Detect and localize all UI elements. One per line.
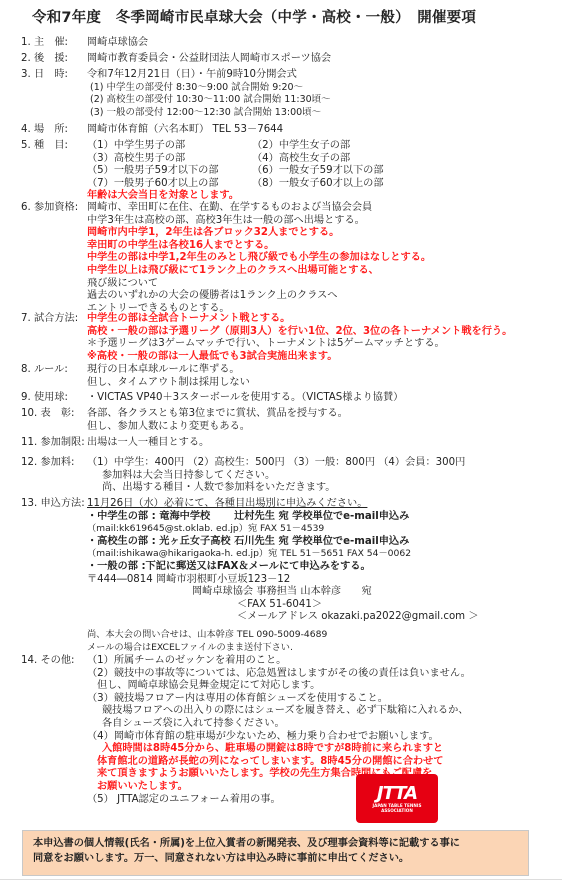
privacy-notice-line: 同意をお願いします。万一、同意されない方は申込み時に事前に申出てください。 bbox=[33, 851, 528, 866]
section-label: 2. 後 援: bbox=[21, 53, 87, 66]
section-label: 6. 参加資格: bbox=[21, 202, 87, 215]
eligibility-line: 中学生の部は中学1,2年生のみとし飛び級でも小学生の参加はなしとする。 bbox=[87, 252, 557, 265]
schedule-hs: (2) 高校生の部受付 10:30～11:00 試合開始 11:30頃～ bbox=[87, 94, 557, 107]
fees-line: 参加料は大会当日持参してください。 bbox=[87, 470, 557, 483]
other-line: 競技場フロアへの出入りの際にはシューズを履き替え、必ず下駄箱に入れるか、 bbox=[87, 705, 557, 718]
application-hs: ・高校生の部 : 光ヶ丘女子高校 石川先生 宛 学校単位でe-mail申込み bbox=[87, 536, 557, 549]
eligibility-line: 過去のいずれかの大会の優勝者は1ランク上のクラスへ bbox=[87, 290, 557, 303]
event-row: （5）一般男子59才以下の部（6）一般女子59才以下の部 bbox=[87, 165, 557, 178]
other-line: （4）岡崎市体育館の駐車場が少ないため、極力乗り合わせでお願いします。 bbox=[87, 731, 557, 744]
section-label: 3. 日 時: bbox=[21, 69, 87, 82]
jtta-logo-text: JTTA bbox=[377, 785, 417, 803]
application-recipient: 岡崎卓球協会 事務担当 山本幹彦 宛 bbox=[87, 586, 557, 599]
eligibility-line: 中学生以上は飛び級にて1ランク上のクラスへ出場可能とする、 bbox=[87, 265, 557, 278]
application-deadline: 11月26日（水）必着にて、各種目出場別に申込みください。 bbox=[87, 498, 557, 511]
section-label: 12. 参加料: bbox=[21, 457, 87, 470]
eligibility-line: 岡崎市、幸田町に在住、在勤、在学するものおよび当協会会員 bbox=[87, 202, 557, 215]
section-label: 4. 場 所: bbox=[21, 124, 87, 137]
document-title: 令和7年度 冬季岡崎市民卓球大会（中学・高校・一般） 開催要項 bbox=[0, 6, 562, 27]
event-date: 令和7年12月21日（日）・午前9時10分開会式 bbox=[87, 69, 557, 82]
fees-line: 尚、出場する種目・人数で参加料をいただきます。 bbox=[87, 482, 557, 495]
awards-line: 但し、参加人数により変更もある。 bbox=[87, 421, 557, 434]
other-line: 各自シューズ袋に入れて持参ください。 bbox=[87, 718, 557, 731]
organizer-value: 岡崎卓球協会 bbox=[87, 37, 557, 50]
sponsor-value: 岡崎市教育委員会・公益財団法人岡崎市スポーツ協会 bbox=[87, 53, 557, 66]
section-label: 10. 表 彰: bbox=[21, 408, 87, 421]
application-jhs: ・中学生の部 : 竜海中学校 辻村先生 宛 学校単位でe-mail申込み bbox=[87, 511, 557, 524]
rules-line: 但し、タイムアウト制は採用しない bbox=[87, 377, 557, 390]
restriction-value: 出場は一人一種目とする。 bbox=[87, 437, 557, 450]
application-general: ・一般の部 :下記に郵送又はFAX＆メールにて申込みをする。 bbox=[87, 561, 557, 574]
section-label: 9. 使用球: bbox=[21, 392, 87, 405]
other-line: 但し、岡崎卓球協会見舞金規定にて対応します。 bbox=[87, 680, 557, 693]
section-label: 1. 主 催: bbox=[21, 37, 87, 50]
parking-note: 来て頂きますようお願いいたします。学校の先生方集合時間にもご配慮を bbox=[87, 768, 557, 781]
awards-line: 各部、各クラスとも第3位までに賞状、賞品を授与する。 bbox=[87, 408, 557, 421]
schedule-jhs: (1) 中学生の部受付 8:30～9:00 試合開始 9:20～ bbox=[87, 82, 557, 95]
section-label: 5. 種 目: bbox=[21, 140, 87, 153]
eligibility-line: 飛び級について bbox=[87, 278, 557, 291]
parking-note: 体育館北の道路が長蛇の列になってしまいます。8時45分の開館に合わせて bbox=[87, 756, 557, 769]
application-address: 〒444―0814 岡崎市羽根町小豆坂123－12 bbox=[87, 574, 557, 587]
application-email: ＜メールアドレス okazaki.pa2022@gmail.com ＞ bbox=[87, 611, 557, 624]
other-line: （2）競技中の事故等については、応急処置はしますがその後の責任は負いません。 bbox=[87, 668, 557, 681]
event-row: （7）一般男子60才以上の部（8）一般女子60才以上の部 bbox=[87, 178, 557, 191]
eligibility-line: 中学3年生は高校の部、高校3年生は一般の部へ出場とする。 bbox=[87, 215, 557, 228]
privacy-notice: 本申込書の個人情報(氏名・所属)を上位入賞者の新聞発表、及び理事会資料等に記載す… bbox=[22, 830, 529, 876]
bottom-divider bbox=[0, 879, 562, 880]
parking-note: 入館時間は8時45分から、駐車場の開錠は8時ですが8時前に来られますと bbox=[87, 743, 557, 756]
fees-line: （1）中学生：400円 （2）高校生：500円 （3）一般：800円 （4）会員… bbox=[87, 457, 557, 470]
other-line: （5） JTTA認定のユニフォーム着用の事。 bbox=[87, 794, 557, 807]
rules-line: 現行の日本卓球ルールに準ずる。 bbox=[87, 364, 557, 377]
section-label: 7. 試合方法: bbox=[21, 313, 87, 326]
parking-note: お願いいたします。 bbox=[87, 781, 557, 794]
section-label: 8. ルール: bbox=[21, 364, 87, 377]
application-hs-contact: （mail:ishikawa@hikarigaoka-h. ed.jp）宛 TE… bbox=[87, 548, 557, 561]
schedule-general: (3) 一般の部受付 12:00～12:30 試合開始 13:00頃～ bbox=[87, 107, 557, 120]
format-line: 中学生の部は全試合トーナメント戦とする。 bbox=[87, 313, 557, 326]
application-jhs-contact: （mail:kk619645@st.oklab. ed.jp）宛 FAX 51－… bbox=[87, 523, 557, 536]
section-label: 14. その他: bbox=[21, 655, 87, 668]
eligibility-line: 幸田町の中学生は各校16人までとする。 bbox=[87, 240, 557, 253]
format-line: ＊予選リーグは3ゲームマッチで行い、トーナメントは5ゲームマッチとする。 bbox=[87, 338, 557, 351]
section-label: 13. 申込方法: bbox=[21, 498, 87, 511]
other-line: （1）所属チームのゼッケンを着用のこと。 bbox=[87, 655, 557, 668]
excel-note: メールの場合はEXCELファイルのまま送付下さい. bbox=[87, 642, 557, 655]
format-line: 高校・一般の部は予選リーグ（原則3人）を行い1位、2位、3位の各トーナメント戦を… bbox=[87, 326, 557, 339]
privacy-notice-line: 本申込書の個人情報(氏名・所属)を上位入賞者の新聞発表、及び理事会資料等に記載す… bbox=[33, 836, 528, 851]
inquiry-contact: 尚、本大会の問い合せは、山本幹彦 TEL 090-5009-4689 bbox=[87, 629, 557, 642]
eligibility-line: 岡崎市内中学1，2年生は各ブロック32人までとする。 bbox=[87, 227, 557, 240]
jtta-logo: JTTA JAPAN TABLE TENNIS ASSOCIATION bbox=[356, 774, 438, 823]
event-row: （3）高校生男子の部（4）高校生女子の部 bbox=[87, 153, 557, 166]
event-row: （1）中学生男子の部（2）中学生女子の部 bbox=[87, 140, 557, 153]
application-fax: ＜FAX 51-6041＞ bbox=[87, 599, 557, 612]
ball-value: ・VICTAS VP40＋3スターボールを使用する。（VICTAS様より協賛） bbox=[87, 392, 557, 405]
format-line: ※高校・一般の部は一人最低でも3試合実施出来ます。 bbox=[87, 351, 557, 364]
venue-value: 岡崎市体育館（六名本町） TEL 53－7644 bbox=[87, 124, 557, 137]
section-label: 11. 参加制限: bbox=[21, 437, 87, 450]
other-line: （3）競技場フロアー内は専用の体育館シューズを使用すること。 bbox=[87, 693, 557, 706]
jtta-logo-sub2: ASSOCIATION bbox=[381, 808, 413, 813]
